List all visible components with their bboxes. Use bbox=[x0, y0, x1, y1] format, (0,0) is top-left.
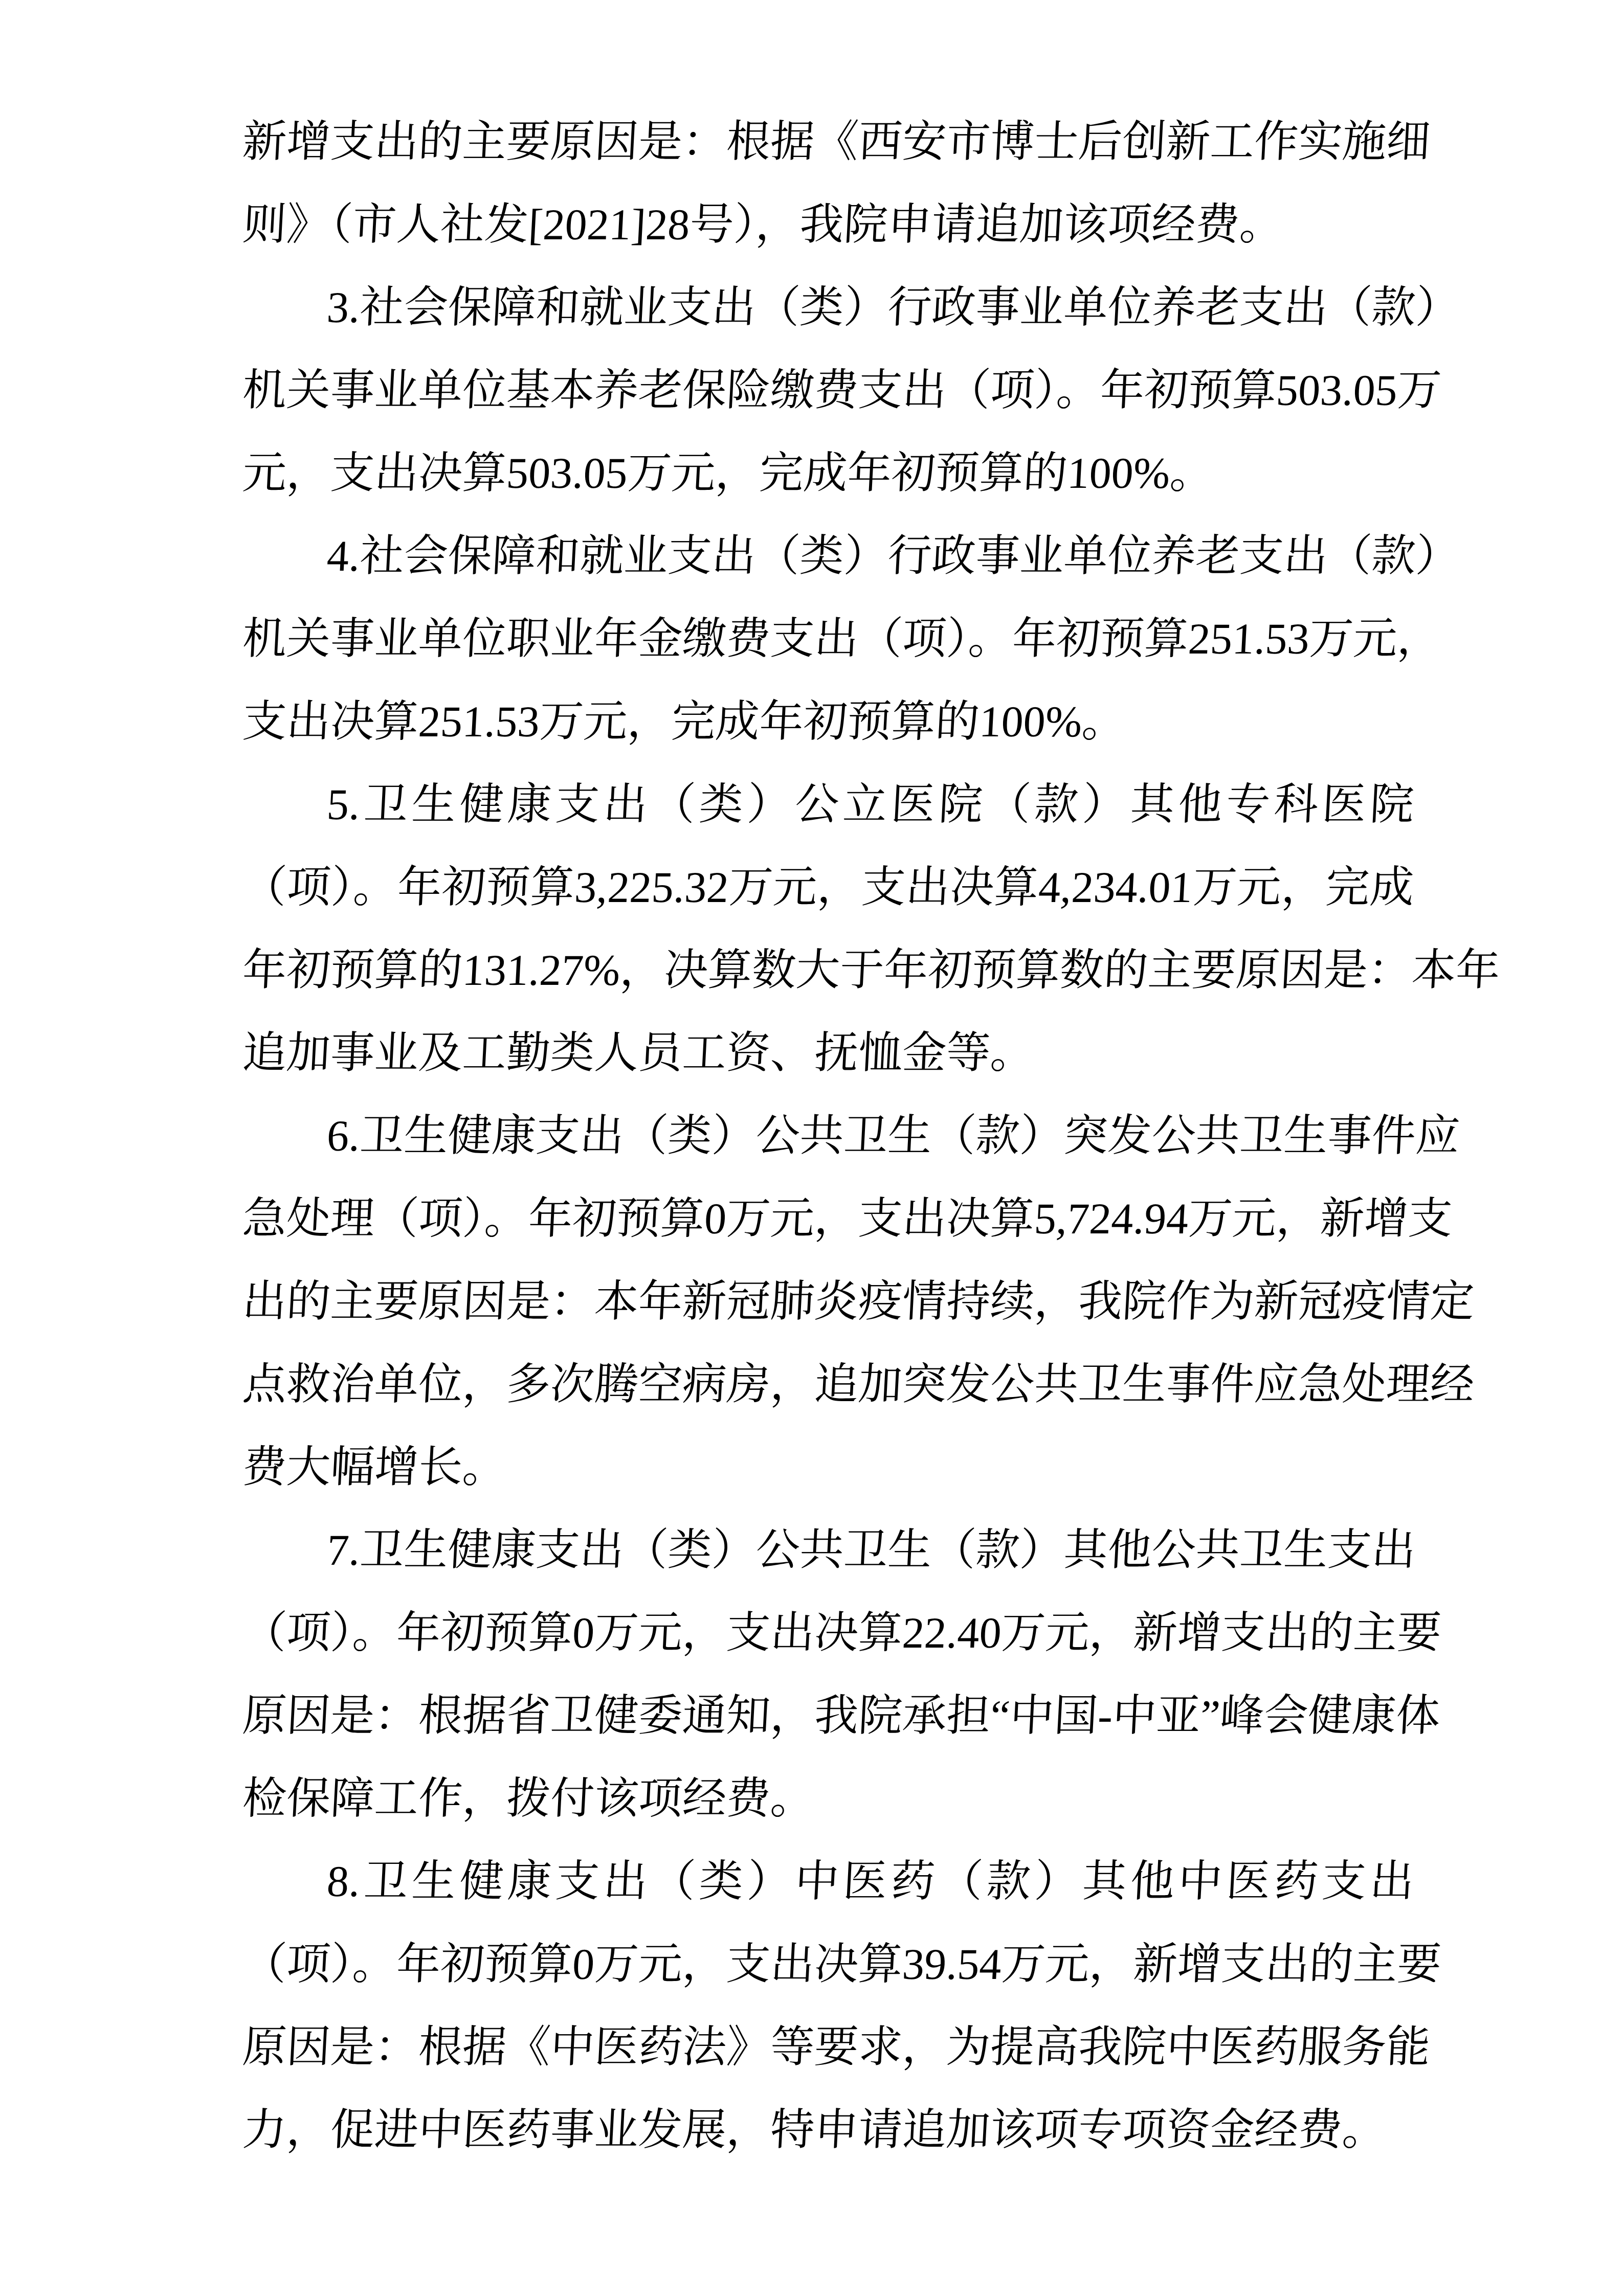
text-line: 4.社会保障和就业支出（类）行政事业单位养老支出（款） bbox=[240, 514, 1416, 597]
text-line: 支出决算251.53万元，完成年初预算的100%。 bbox=[240, 680, 1416, 763]
text-line: 力，促进中医药事业发展，特申请追加该项专项资金经费。 bbox=[240, 2088, 1416, 2171]
text-line: 则》（市人社发[2021]28号），我院申请追加该项经费。 bbox=[240, 183, 1416, 266]
text-line: 检保障工作，拨付该项经费。 bbox=[240, 1757, 1416, 1840]
text-line: 出的主要原因是：本年新冠肺炎疫情持续，我院作为新冠疫情定 bbox=[240, 1260, 1416, 1343]
text-line: 3.社会保障和就业支出（类）行政事业单位养老支出（款） bbox=[240, 266, 1416, 349]
text-line: 机关事业单位基本养老保险缴费支出（项）。年初预算503.05万 bbox=[240, 349, 1416, 432]
text-line: 原因是：根据省卫健委通知，我院承担“中国-中亚”峰会健康体 bbox=[240, 1674, 1416, 1757]
text-line: 7.卫生健康支出（类）公共卫生（款）其他公共卫生支出 bbox=[240, 1509, 1416, 1591]
text-line: （项）。年初预算0万元，支出决算22.40万元，新增支出的主要 bbox=[240, 1591, 1416, 1674]
text-line: 8.卫生健康支出（类）中医药（款）其他中医药支出 bbox=[240, 1840, 1416, 1923]
text-line: 急处理（项）。年初预算0万元，支出决算5,724.94万元，新增支 bbox=[240, 1177, 1416, 1260]
text-line: 费大幅增长。 bbox=[240, 1426, 1416, 1509]
text-line: 点救治单位，多次腾空病房，追加突发公共卫生事件应急处理经 bbox=[240, 1343, 1416, 1426]
text-line: （项）。年初预算0万元，支出决算39.54万元，新增支出的主要 bbox=[240, 1923, 1416, 2006]
document-page: 新增支出的主要原因是：根据《西安市博士后创新工作实施细则》（市人社发[2021]… bbox=[0, 0, 1624, 2296]
text-line: 年初预算的131.27%，决算数大于年初预算数的主要原因是：本年 bbox=[240, 929, 1416, 1011]
text-line: 原因是：根据《中医药法》等要求，为提高我院中医药服务能 bbox=[240, 2006, 1416, 2088]
text-line: 机关事业单位职业年金缴费支出（项）。年初预算251.53万元， bbox=[240, 597, 1416, 680]
document-text-block: 新增支出的主要原因是：根据《西安市博士后创新工作实施细则》（市人社发[2021]… bbox=[240, 100, 1412, 2171]
text-line: 5.卫生健康支出（类）公立医院（款）其他专科医院 bbox=[240, 763, 1416, 846]
text-line: 6.卫生健康支出（类）公共卫生（款）突发公共卫生事件应 bbox=[240, 1094, 1416, 1177]
text-line: 追加事业及工勤类人员工资、抚恤金等。 bbox=[240, 1011, 1416, 1094]
text-line: 元，支出决算503.05万元，完成年初预算的100%。 bbox=[240, 432, 1416, 514]
text-line: 新增支出的主要原因是：根据《西安市博士后创新工作实施细 bbox=[240, 100, 1416, 183]
text-line: （项）。年初预算3,225.32万元，支出决算4,234.01万元，完成 bbox=[240, 846, 1416, 929]
